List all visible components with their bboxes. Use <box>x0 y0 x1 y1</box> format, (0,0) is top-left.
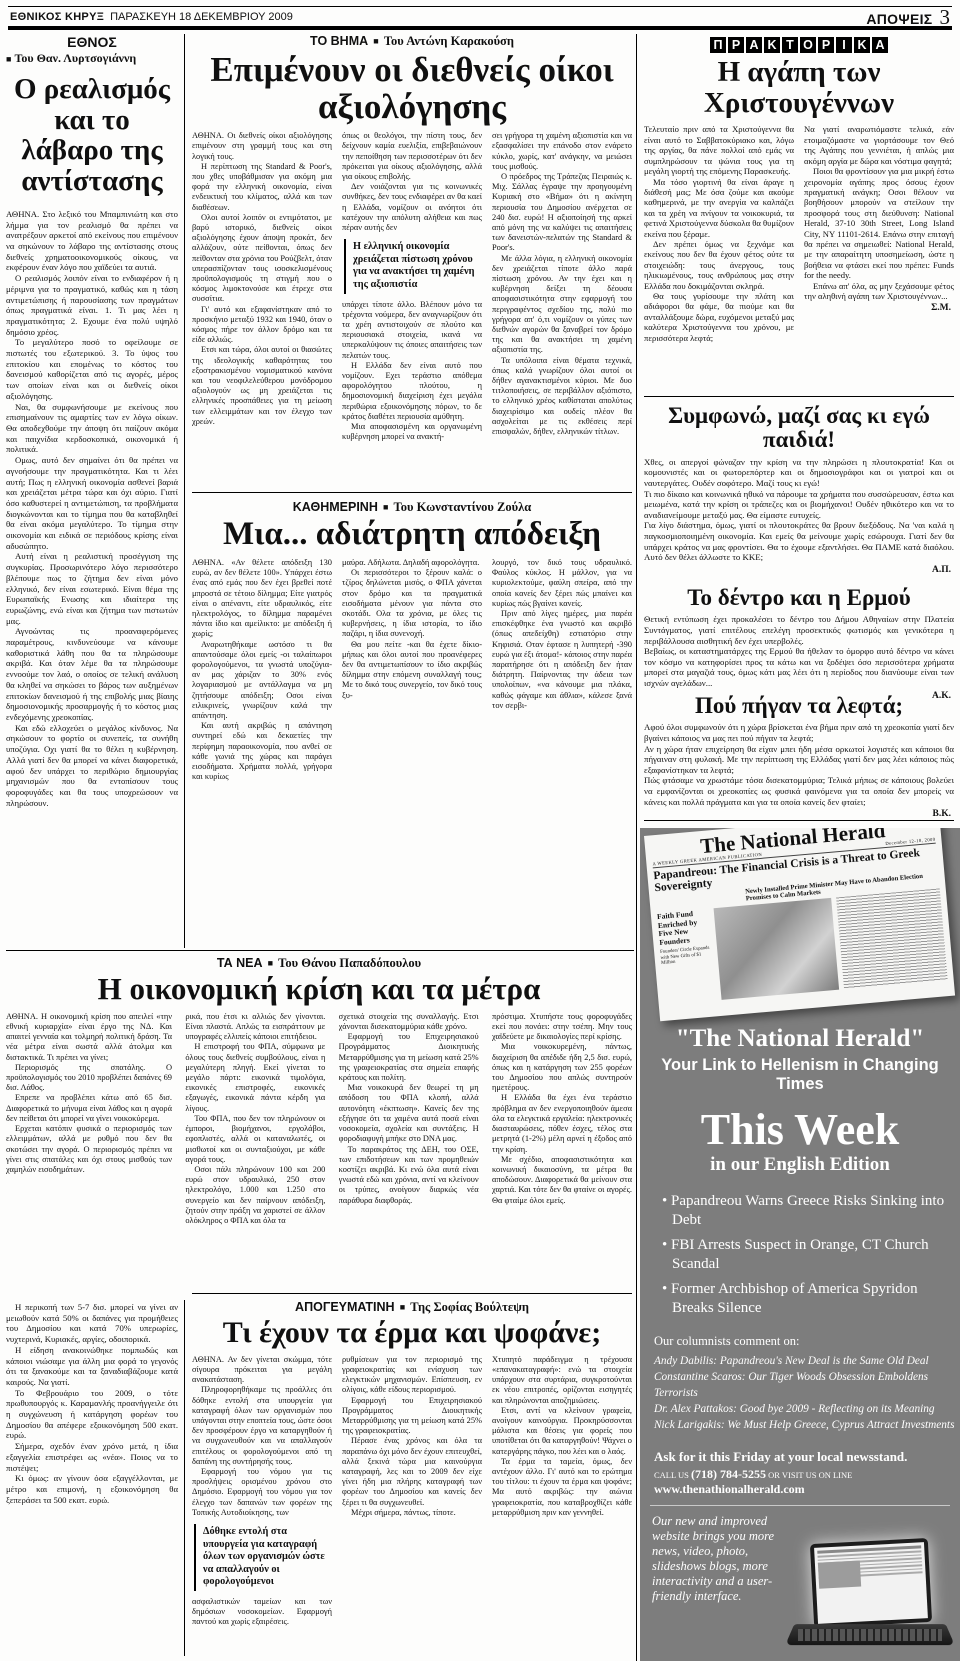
byline-square-icon: ■ <box>371 36 380 46</box>
article-paragraph: Θετική εντύπωση έχει προκαλέσει το δέντρ… <box>644 614 954 646</box>
byline-text: Του Θάνου Παπαδόπουλου <box>278 956 421 970</box>
english-edition-label: in our English Edition <box>640 1154 960 1176</box>
article-paragraph: Θα τους γυρίσουμε την πλάτη και αδιάφορο… <box>644 291 794 343</box>
article-paragraph: Ναι, θα συμφωνήσουμε με εκείνους που επι… <box>6 402 178 456</box>
praktorika-logo-letter: Ρ <box>728 37 744 53</box>
praktorika-logo-letter: Ο <box>800 37 816 53</box>
article-paragraph: ΑΘΗΝΑ. «Αν θέλετε απόδειξη 130 ευρώ, αν … <box>192 558 332 640</box>
article-paragraph: Χθες, οι απεργοί φώναζαν την κρίση να τη… <box>644 457 954 489</box>
mock-sidebar: Faith Fund Enriched by Five New Founders… <box>657 909 717 1005</box>
article-paragraph: Θα μου πείτε -και θα έχετε δίκιο- μήπως … <box>342 640 482 701</box>
article-paragraph: Αυτή είναι η ρεαλιστική προσέγγιση της σ… <box>6 551 178 626</box>
website-blurb: Our new and improved website brings you … <box>652 1514 802 1604</box>
laptop-screen <box>810 1538 932 1628</box>
article-paragraph: Περιορισμός της σπατάλης. Ο προϋπολογισμ… <box>6 1063 172 1094</box>
article-paragraph: Σήμερα, σχεδόν έναν χρόνο μετά, η ίδια ε… <box>6 1441 178 1473</box>
article-body: ΑΘΗΝΑ. Η οικονομική κρίση που απειλεί «τ… <box>6 1012 632 1288</box>
article-tanea: ΤΑ ΝΕΑ ■ Του Θάνου Παπαδόπουλου Η οικονο… <box>6 956 632 1288</box>
article-paragraph: Η περίπτωση της Standard & Poor's, που χ… <box>192 162 332 213</box>
page-number: 3 <box>940 7 951 27</box>
issue-date: ΠΑΡΑΣΚΕΥΗ 18 ΔΕΚΕΜΒΡΙΟΥ 2009 <box>110 11 293 23</box>
headline-item: • FBI Arrests Suspect in Orange, CT Chur… <box>662 1236 960 1274</box>
article-paragraph: Εφαρμογή του νόμου για τις προσλήψεις ορ… <box>192 1467 332 1518</box>
article-kathimerini: ΚΑΘΗΜΕΡΙΝΗ ■ Του Κωνσταντίνου Ζούλα Μια.… <box>192 500 632 934</box>
praktorika-logo-letter: Π <box>710 37 726 53</box>
column-divider <box>636 34 637 1661</box>
author-initials: Σ.Μ. <box>804 303 954 313</box>
article-paragraph: Εφαρμογή του Επιχειρησιακού Προγράμματος… <box>342 1396 482 1437</box>
headline-list: • Papandreou Warns Greece Risks Sinking … <box>662 1192 960 1318</box>
body-column: Χτυπητό παράδειγμα η τρέχουσα «επανακατα… <box>492 1355 632 1655</box>
body-column: Τελευταίο πριν από τα Χριστούγεννα θα εί… <box>644 124 794 402</box>
section-divider <box>644 820 954 821</box>
article-headline: Μια... αδιάτρητη απόδειξη <box>192 517 632 552</box>
body-column: πρόστιμα. Χτυπήστε τους φοροφυγάδες εκεί… <box>492 1012 632 1288</box>
praktorika-logo-letter: Ι <box>836 37 852 53</box>
article-body: ΑΘΗΝΑ. Οι διεθνείς οίκοι αξιολόγησης επι… <box>192 131 632 513</box>
praktorika-logo: ΠΡΑΚΤΟΡΙΚΑ <box>644 36 954 54</box>
article-body: Χθες, οι απεργοί φώναζαν την κρίση να τη… <box>644 457 954 563</box>
article-paragraph: Πληροφορηθήκαμε τις προάλλες ότι δόθηκε … <box>192 1385 332 1467</box>
article-paragraph: Εφαρμογή του Επιχειρησιακού Προγράμματος… <box>339 1032 479 1083</box>
author-initials: Β.Κ. <box>644 809 954 819</box>
article-paragraph: Ολοι αυτοί λοιπόν οι εντιμότατοι, με βαρ… <box>192 213 332 305</box>
praktorika-logo-letter: Κ <box>764 37 780 53</box>
source-label: ΚΑΘΗΜΕΡΙΝΗ <box>293 500 378 514</box>
article-paragraph: ΑΘΗΝΑ. Στο λεξικό του Μπαμπινιώτη και στ… <box>6 209 178 273</box>
article-paragraph: Πριν από λίγες ημέρες, μια παρέα επισκέφ… <box>492 609 632 711</box>
article-paragraph: Για λίγο διάστημα, όμως, γιατί οι πλουτο… <box>644 520 954 562</box>
masthead: ΕΘΝΙΚΟΣ ΚΗΡΥΞ ΠΑΡΑΣΚΕΥΗ 18 ΔΕΚΕΜΒΡΙΟΥ 20… <box>10 11 293 23</box>
article-paragraph: Μια νοικοκυρεμένη, πάντως, διαχείριση θα… <box>492 1042 632 1093</box>
laptop-image <box>790 1541 950 1651</box>
article-paragraph: ρικά, που έτσι κι αλλιώς δεν γίνονται. Ε… <box>185 1012 325 1043</box>
article-paragraph: Το παρακράτος της ΔΕΗ, του ΟΣΕ, των επιδ… <box>339 1145 479 1206</box>
article-body: Τελευταίο πριν από τα Χριστούγεννα θα εί… <box>644 124 954 402</box>
article-headline: Επιμένουν οι διεθνείς οίκοι αξιολόγησης <box>192 51 632 125</box>
article-body: ΑΘΗΝΑ. Αν δεν γίνεται σκώμμα, τότε σίγου… <box>192 1355 632 1655</box>
headline-text: Papandreou Warns Greece Risks Sinking in… <box>671 1193 944 1228</box>
article-paragraph: σχετικά στοιχεία της συναλλαγής. Ετσι χά… <box>339 1012 479 1032</box>
source-label: ΕΘΝΟΣ <box>6 34 178 50</box>
article-paragraph: Αφού όλοι συμφωνούν ότι η χώρα βρίσκεται… <box>644 722 954 743</box>
newspaper-front-page-image: The National Herald A WEEKLY GREEK AMERI… <box>644 828 955 1021</box>
article-paragraph: λουργό, τον δικό τους υδραυλικό. Φαύλος … <box>492 558 632 609</box>
byline-text: Του Κωνσταντίνου Ζούλα <box>394 500 532 514</box>
body-column: ΑΘΗΝΑ. «Αν θέλετε απόδειξη 130 ευρώ, αν … <box>192 558 332 934</box>
byline-text: Του Αντώνη Καρακούση <box>384 34 514 48</box>
article-paragraph: ΑΘΗΝΑ. Οι διεθνείς οίκοι αξιολόγησης επι… <box>192 131 332 162</box>
national-herald-advertisement[interactable]: The National Herald A WEEKLY GREEK AMERI… <box>640 828 960 1661</box>
columnists-heading: Our columnists comment on: <box>654 1334 960 1349</box>
article-paragraph: Ο πρόεδρος της Τράπεζας Πειραιώς κ. Μιχ.… <box>492 172 632 254</box>
article-paragraph: ΑΘΗΝΑ. Η οικονομική κρίση που απειλεί «τ… <box>6 1012 172 1063</box>
body-column: μαύρα. Αδήλωτα. Δηλαδή αφορολόγητα. Οι π… <box>342 558 482 934</box>
article-paragraph: Η περικοπή των 5-7 δισ. μπορεί να γίνει … <box>6 1302 178 1345</box>
body-column: ΑΘΗΝΑ. Η οικονομική κρίση που απειλεί «τ… <box>6 1012 172 1288</box>
article-paragraph: μαύρα. Αδήλωτα. Δηλαδή αφορολόγητα. <box>342 558 482 568</box>
body-column: όπως οι θεολόγοι, την πίστη τους, δεν δε… <box>342 131 482 513</box>
body-column: ρυθμίσεων για τον περιορισμό της γραφειο… <box>342 1355 482 1655</box>
mock-sidebar-subhead: Founders' Circle Expands with New Gifts … <box>660 946 713 967</box>
article-paragraph: Επρεπε να προβλέπει κάτω από 65 δισ. Δια… <box>6 1093 172 1124</box>
article-paragraph: Κι όμως: αν γίνουν όσα εξαγγέλλονται, με… <box>6 1473 178 1505</box>
praktorika-logo-letter: Α <box>872 37 888 53</box>
article-lefta: Πού πήγαν τα λεφτά; Αφού όλοι συμφωνούν … <box>644 692 954 819</box>
article-paragraph: Η είδηση ανακοινώθηκε πομπωδώς και κάποι… <box>6 1345 178 1388</box>
source-label: ΑΠΟΓΕΥΜΑΤΙΝΗ <box>295 1300 395 1314</box>
section-header: ΚΑΘΗΜΕΡΙΝΗ ■ Του Κωνσταντίνου Ζούλα <box>192 500 632 515</box>
body-column: Να γιατί αναρωτιόμαστε τελικά, εάν ετοιμ… <box>804 124 954 402</box>
article-paragraph: Να γιατί αναρωτιόμαστε τελικά, εάν ετοιμ… <box>804 124 954 166</box>
source-label: ΤΟ ΒΗΜΑ <box>310 34 368 48</box>
article-paragraph: Ομως, αυτό δεν σημαίνει ότι θα πρέπει να… <box>6 455 178 551</box>
article-paragraph: Οσοι πάλι πληρώνουν 100 και 200 ευρώ στο… <box>185 1165 325 1226</box>
this-week-title: This Week <box>640 1108 960 1152</box>
article-dentro: Το δέντρο και η Ερμού Θετική εντύπωση έχ… <box>644 584 954 701</box>
article-paragraph: Επάνω απ' όλα, ας μην ξεχάσουμε φέτος τη… <box>804 281 954 302</box>
visit-label: OR VISIT US ON LINE <box>768 1470 852 1480</box>
article-paragraph: Οι περισσότεροι το ξέρουν καλά: ο τζίρος… <box>342 568 482 639</box>
body-column: ΑΘΗΝΑ. Οι διεθνείς οίκοι αξιολόγησης επι… <box>192 131 332 513</box>
article-paragraph: Τι πιο δίκαιο και κοινωνικά ηθικό να πάρ… <box>644 489 954 521</box>
promo-panel: "The National Herald" Your Link to Helle… <box>640 1026 960 1604</box>
article-praktorika: ΠΡΑΚΤΟΡΙΚΑ Η αγάπη των Χριστουγέννων Τελ… <box>644 36 954 402</box>
article-headline: Τι έχουν τα έρμα και ψοφάνε; <box>192 1317 632 1349</box>
body-column: λουργό, τον δικό τους υδραυλικό. Φαύλος … <box>492 558 632 934</box>
article-paragraph: Με σχέδιο, αποφασιστικότητα και κοινωνικ… <box>492 1155 632 1206</box>
headline-text: FBI Arrests Suspect in Orange, CT Church… <box>671 1237 929 1272</box>
article-paragraph: Μα τόσο γιορτινή θα είναι άραγε η διάθεσ… <box>644 177 794 239</box>
article-paragraph: Βεβαίως, οι καταστηματάρχες της Ερμού θα… <box>644 646 954 688</box>
mock-sidebar-headline: Faith Fund Enriched by Five New Founders <box>657 909 712 947</box>
article-paragraph: Μια νοικοκυρά δεν θεωρεί τη μη απόδοση τ… <box>339 1083 479 1144</box>
article-paragraph: Του ΦΠΑ, που δεν τον πληρώνουν οι έμπορο… <box>185 1114 325 1165</box>
praktorika-logo-letter: Α <box>746 37 762 53</box>
mock-photo <box>714 898 840 1000</box>
column-divider <box>184 1300 185 1656</box>
article-tanea-continued: Η περικοπή των 5-7 δισ. μπορεί να γίνει … <box>6 1302 178 1654</box>
columnist-item: Constantine Scaros: Our Tiger Woods Obse… <box>654 1369 960 1401</box>
columnist-item: Nick Larigakis: We Must Help Greece, Cyp… <box>654 1417 960 1433</box>
article-paragraph: ρυθμίσεων για τον περιορισμό της γραφειο… <box>342 1355 482 1396</box>
column-divider <box>184 34 185 948</box>
body-column: σχετικά στοιχεία της συναλλαγής. Ετσι χά… <box>339 1012 479 1288</box>
article-paragraph: ασφαλιστικών ταμείων και των δημόσιων νο… <box>192 1597 332 1628</box>
article-paragraph: σει γρήγορα τη χαμένη αξιοπιστία και να … <box>492 131 632 172</box>
byline-text: Της Σοφίας Βούλτεψη <box>410 1300 529 1314</box>
article-body: ΑΘΗΝΑ. Στο λεξικό του Μπαμπινιώτη και στ… <box>6 209 178 808</box>
promo-title: "The National Herald" <box>640 1026 960 1052</box>
ask-line: Ask for it this Friday at your local new… <box>654 1449 960 1465</box>
byline-square-icon: ■ <box>266 958 275 968</box>
section-divider <box>6 950 634 951</box>
section-header: ΑΠΟΓΕΥΜΑΤΙΝΗ ■ Της Σοφίας Βούλτεψη <box>192 1300 632 1315</box>
body-column: σει γρήγορα τη χαμένη αξιοπιστία και να … <box>492 131 632 513</box>
contact-line: CALL US (718) 784-5255 OR VISIT US ON LI… <box>654 1467 960 1497</box>
phone-number[interactable]: (718) 784-5255 <box>691 1467 766 1481</box>
laptop-screen-photo <box>818 1561 861 1589</box>
headline-item: • Former Archbishop of America Spyridon … <box>662 1280 960 1318</box>
author-initials: Α.Π. <box>644 565 954 575</box>
section-header: ΤΑ ΝΕΑ ■ Του Θάνου Παπαδόπουλου <box>6 956 632 971</box>
call-us-label: CALL US <box>654 1470 689 1480</box>
article-body: Αφού όλοι συμφωνούν ότι η χώρα βρίσκεται… <box>644 722 954 807</box>
newspaper-name: ΕΘΝΙΚΟΣ ΚΗΡΥΞ <box>10 11 104 23</box>
article-headline: Η οικονομική κρίση και τα μέτρα <box>6 973 632 1006</box>
headline-text: Former Archbishop of America Spyridon Br… <box>671 1281 918 1316</box>
article-paragraph: Τα έρμα τα ταμεία, όμως, δεν αντέχουν άλ… <box>492 1457 632 1518</box>
mock-body-text <box>836 888 948 989</box>
body-column: ΑΘΗΝΑ. Αν δεν γίνεται σκώμμα, τότε σίγου… <box>192 1355 332 1655</box>
article-paragraph: Και εδώ ελλοχεύει ο μεγάλος κίνδυνος. Να… <box>6 723 178 809</box>
byline: ■Του Θαν. Λυρτσογιάννη <box>6 51 178 66</box>
article-symfono: Συμφωνώ, μαζί σας κι εγώ παιδιά! Χθες, ο… <box>644 402 954 575</box>
article-paragraph: Η Ελλάδα θα έχει ένα τεράστιο πρόβλημα α… <box>492 1093 632 1154</box>
article-paragraph: Η επιστροφή του ΦΠΑ, σύμφωνα με όλους το… <box>185 1042 325 1113</box>
article-paragraph: Ποιοι θα φροντίσουν για μια μικρή έστω χ… <box>804 166 954 280</box>
article-headline: Η αγάπη των Χριστουγέννων <box>644 57 954 118</box>
article-paragraph: Αγνοώντας τις προαναφερόμενες παραμέτρου… <box>6 626 178 722</box>
praktorika-logo-letter: Κ <box>854 37 870 53</box>
page-header: ΕΘΝΙΚΟΣ ΚΗΡΥΞ ΠΑΡΑΣΚΕΥΗ 18 ΔΕΚΕΜΒΡΙΟΥ 20… <box>8 6 952 30</box>
byline-text: Του Θαν. Λυρτσογιάννη <box>14 51 136 65</box>
article-paragraph: ΑΘΗΝΑ. Αν δεν γίνεται σκώμμα, τότε σίγου… <box>192 1355 332 1386</box>
article-headline: Πού πήγαν τα λεφτά; <box>644 694 954 718</box>
article-paragraph: Ο ρεαλισμός λοιπόν είναι το ενδιαφέρον ή… <box>6 273 178 337</box>
laptop-keys <box>798 1629 942 1641</box>
article-paragraph: Χτυπητό παράδειγμα η τρέχουσα «επανακατα… <box>492 1355 632 1406</box>
article-paragraph: Γι' αυτό και εξαφανίστηκαν από το προσκή… <box>192 305 332 346</box>
article-paragraph: Τα υπόλοιπα είναι θέματα τεχνικά, όπως κ… <box>492 356 632 438</box>
article-paragraph: Με άλλα λόγια, η ελληνική οικονομία δεν … <box>492 254 632 356</box>
article-paragraph: Ετσι και τώρα, όλοι αυτοί οι θιασώτες τη… <box>192 345 332 427</box>
section-page: ΑΠΟΨΕΙΣ 3 <box>866 7 950 27</box>
article-paragraph: Το Φεβρουάριο του 2009, ο τότε πρωθυπουρ… <box>6 1388 178 1442</box>
article-headline: Το δέντρο και η Ερμού <box>644 586 954 610</box>
pull-quote: Δόθηκε εντολή στα υπουργεία για καταγραφ… <box>194 1524 332 1591</box>
columnist-item: Andy Dabilis: Papandreou's New Deal is t… <box>654 1353 960 1369</box>
article-paragraph: Τελευταίο πριν από τα Χριστούγεννα θα εί… <box>644 124 794 176</box>
article-apogevmatini: ΑΠΟΓΕΥΜΑΤΙΝΗ ■ Της Σοφίας Βούλτεψη Τι έχ… <box>192 1300 632 1655</box>
article-paragraph: Πώς φτάσαμε να χρωστάμε τόσα δισεκατομμύ… <box>644 775 954 807</box>
section-name: ΑΠΟΨΕΙΣ <box>866 11 932 27</box>
article-paragraph: Και αυτή ακριβώς η απάντηση συντηρεί εδώ… <box>192 721 332 782</box>
article-headline: Ο ρεαλισμός και το λάβαρο της αντίστασης <box>6 74 178 197</box>
panel-divider <box>650 1505 950 1506</box>
article-paragraph: Δεν πρέπει όμως να ξεχνάμε και εκείνους … <box>644 239 794 291</box>
byline-square-icon: ■ <box>398 1302 407 1312</box>
article-paragraph: όπως οι θεολόγοι, την πίστη τους, δεν δε… <box>342 131 482 182</box>
byline-square-icon: ■ <box>381 502 390 512</box>
article-paragraph: Μέχρι σήμερα, πάντως, τίποτε. <box>342 1508 482 1518</box>
section-divider <box>192 1293 632 1294</box>
body-column: ρικά, που έτσι κι αλλιώς δεν γίνονται. Ε… <box>185 1012 325 1288</box>
pull-quote: Η ελληνική οικονομία χρειάζεται πίστωση … <box>344 239 482 293</box>
article-paragraph: Μια αποφασισμένη και οργανωμένη κυβέρνησ… <box>342 422 482 442</box>
section-header: ΤΟ ΒΗΜΑ ■ Του Αντώνη Καρακούση <box>192 34 632 49</box>
article-ethnos: ΕΘΝΟΣ ■Του Θαν. Λυρτσογιάννη Ο ρεαλισμός… <box>6 34 178 808</box>
article-paragraph: υπάρχει τίποτε άλλο. Βλέπουν μόνο τα τρέ… <box>342 300 482 361</box>
article-paragraph: Πέρασε ένας χρόνος και όλα τα παραπάνω ό… <box>342 1436 482 1507</box>
article-paragraph: Η Ελλάδα δεν είναι αυτό που νομίζουν. Εχ… <box>342 361 482 422</box>
article-paragraph: Ετσι, αντί να κλείνουν γραφεία, ανοίγουν… <box>492 1406 632 1457</box>
website-link[interactable]: www.thenathionalherald.com <box>654 1482 805 1496</box>
columnists-list: Andy Dabilis: Papandreou's New Deal is t… <box>654 1353 960 1433</box>
article-paragraph: Ερχεται κατόπιν φυσικά ο περιορισμός των… <box>6 1124 172 1175</box>
article-paragraph: Δεν νοιάζονται για τις κοινωνικές συνθήκ… <box>342 182 482 233</box>
praktorika-logo-letter: Ρ <box>818 37 834 53</box>
article-paragraph: πρόστιμα. Χτυπήστε τους φοροφυγάδες εκεί… <box>492 1012 632 1043</box>
article-headline: Συμφωνώ, μαζί σας κι εγώ παιδιά! <box>644 404 954 453</box>
article-body: ΑΘΗΝΑ. «Αν θέλετε απόδειξη 130 ευρώ, αν … <box>192 558 632 934</box>
praktorika-logo-letter: Τ <box>782 37 798 53</box>
article-paragraph: Αν η χώρα ήταν επιχείρηση θα είχαν μπει … <box>644 744 954 776</box>
article-paragraph: Αναρωτηθήκαμε ωστόσο τι θα απαντούσαμε ό… <box>192 640 332 722</box>
article-body: Θετική εντύπωση έχει προκαλέσει το δέντρ… <box>644 614 954 688</box>
source-label: ΤΑ ΝΕΑ <box>217 956 263 970</box>
article-paragraph: Το μεγαλύτερο ποσό το οφείλουμε σε πιστω… <box>6 337 178 401</box>
article-tovima: ΤΟ ΒΗΜΑ ■ Του Αντώνη Καρακούση Επιμένουν… <box>192 34 632 513</box>
promo-tagline: Your Link to Hellenism in Changing Times <box>640 1056 960 1094</box>
headline-item: • Papandreou Warns Greece Risks Sinking … <box>662 1192 960 1230</box>
columnist-item: Dr. Alex Pattakos: Good bye 2009 - Refle… <box>654 1401 960 1417</box>
